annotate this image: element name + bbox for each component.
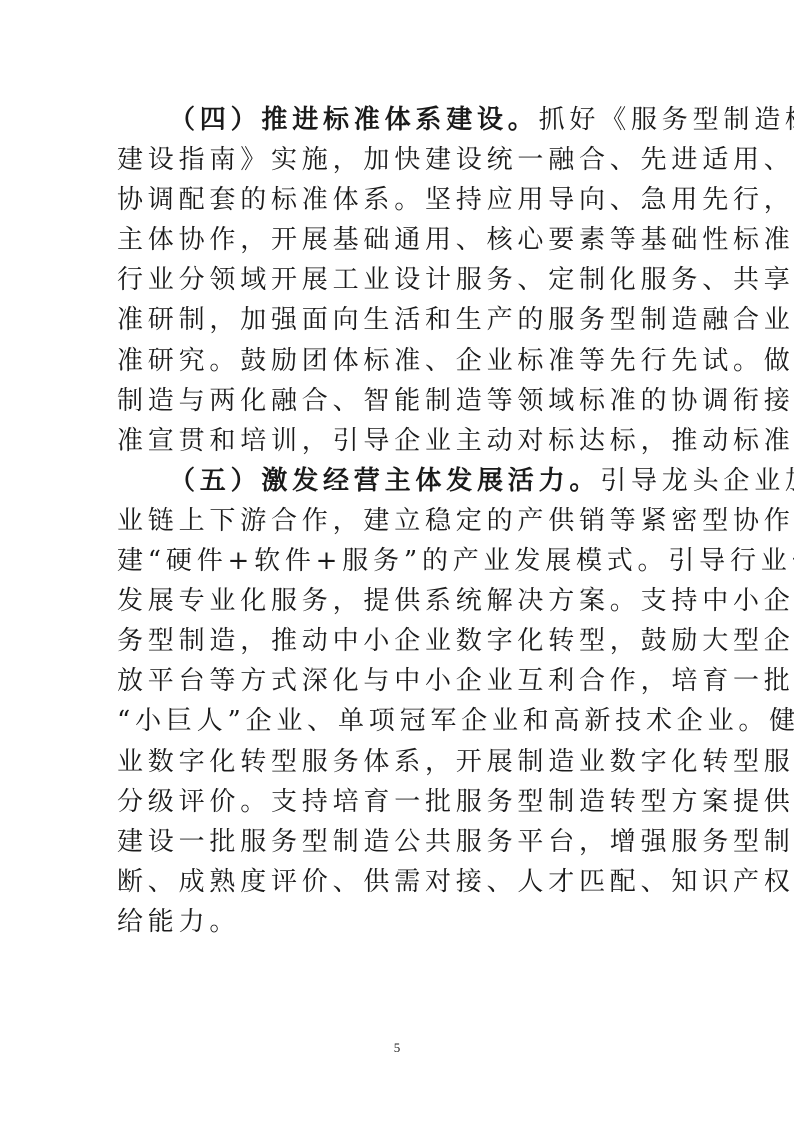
text-line: 建“硬件+软件+服务”的产业发展模式。引导行业骨干企业 bbox=[117, 541, 677, 581]
paragraph-standards-system: （四）推进标准体系建设。抓好《服务型制造标准体系 建设指南》实施，加快建设统一融… bbox=[117, 100, 677, 461]
paragraph-business-entities: （五）激发经营主体发展活力。引导龙头企业加强与产 业链上下游合作，建立稳定的产供… bbox=[117, 461, 677, 942]
text-line: 抓好《服务型制造标准体系 bbox=[539, 105, 794, 135]
section-heading: （五）激发经营主体发展活力。 bbox=[169, 466, 600, 496]
text-line: 建设指南》实施，加快建设统一融合、先进适用、覆盖全面、 bbox=[117, 140, 677, 180]
text-line: 主体协作，开展基础通用、核心要素等基础性标准研制，分 bbox=[117, 220, 677, 260]
document-page: （四）推进标准体系建设。抓好《服务型制造标准体系 建设指南》实施，加快建设统一融… bbox=[0, 0, 794, 1123]
section-heading: （四）推进标准体系建设。 bbox=[169, 105, 539, 135]
text-line: 引导龙头企业加强与产 bbox=[600, 466, 794, 496]
document-body: （四）推进标准体系建设。抓好《服务型制造标准体系 建设指南》实施，加快建设统一融… bbox=[117, 100, 677, 942]
paragraph-first-line: （四）推进标准体系建设。抓好《服务型制造标准体系 bbox=[117, 100, 677, 140]
text-line: 发展专业化服务，提供系统解决方案。支持中小企业发展服 bbox=[117, 581, 677, 621]
text-line: 协调配套的标准体系。坚持应用导向、急用先行，强化多元 bbox=[117, 180, 677, 220]
text-line: 放平台等方式深化与中小企业互利合作，培育一批专精特新 bbox=[117, 661, 677, 701]
text-line: 制造与两化融合、智能制造等领域标准的协调衔接。加强标 bbox=[117, 381, 677, 421]
text-line: 给能力。 bbox=[117, 902, 677, 942]
text-line: 准宣贯和培训，引导企业主动对标达标，推动标准落地实施。 bbox=[117, 421, 677, 461]
text-line: 断、成熟度评价、供需对接、人才匹配、知识产权等服务供 bbox=[117, 862, 677, 902]
text-line: “小巨人”企业、单项冠军企业和高新技术企业。健全制造 bbox=[117, 701, 677, 741]
text-line: 准研究。鼓励团体标准、企业标准等先行先试。做好服务型 bbox=[117, 341, 677, 381]
text-line: 分级评价。支持培育一批服务型制造转型方案提供商，引导 bbox=[117, 782, 677, 822]
text-line: 务型制造，推动中小企业数字化转型，鼓励大型企业通过开 bbox=[117, 621, 677, 661]
text-line: 业链上下游合作，建立稳定的产供销等紧密型协作关系，构 bbox=[117, 501, 677, 541]
text-line: 建设一批服务型制造公共服务平台，增强服务型制造咨询诊 bbox=[117, 822, 677, 862]
text-line: 业数字化转型服务体系，开展制造业数字化转型服务商分类 bbox=[117, 742, 677, 782]
paragraph-first-line: （五）激发经营主体发展活力。引导龙头企业加强与产 bbox=[117, 461, 677, 501]
page-number: 5 bbox=[0, 1040, 794, 1056]
text-line: 行业分领域开展工业设计服务、定制化服务、共享制造等标 bbox=[117, 260, 677, 300]
text-line: 准研制，加强面向生活和生产的服务型制造融合业态应用标 bbox=[117, 300, 677, 340]
